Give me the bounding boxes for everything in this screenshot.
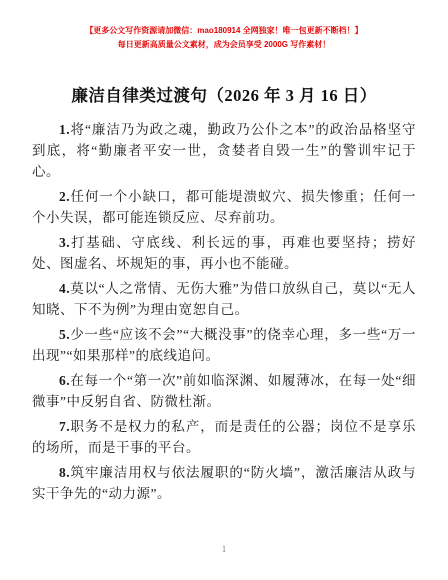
document-body: 1.将“廉洁乃为政之魂，勤政乃公仆之本”的政治品格坚守到底，将“勤廉者平安一世，… [32,119,416,504]
paragraph-number: 6. [59,373,70,388]
body-paragraph: 8.筑牢廉洁用权与依法履职的“防火墙”，激活廉洁从政与实干争先的“动力源”。 [32,462,416,504]
paragraph-text: 将“廉洁乃为政之魂，勤政乃公仆之本”的政治品格坚守到底，将“勤廉者平安一世，贪婪… [32,122,416,179]
paragraph-text: 职务不是权力的私产，而是责任的公器；岗位不是享乐的场所，而是干事的平台。 [32,419,416,455]
body-paragraph: 1.将“廉洁乃为政之魂，勤政乃公仆之本”的政治品格坚守到底，将“勤廉者平安一世，… [32,119,416,182]
paragraph-number: 8. [59,465,70,480]
document-title: 廉洁自律类过渡句（2026 年 3 月 16 日） [16,85,432,107]
body-paragraph: 6.在每一个“第一次”前如临深渊、如履薄冰，在每一处“细微事”中反躬自省、防微杜… [32,370,416,412]
paragraph-text: 在每一个“第一次”前如临深渊、如履薄冰，在每一处“细微事”中反躬自省、防微杜渐。 [32,373,416,409]
paragraph-number: 5. [59,327,70,342]
document-page: 【更多公文写作资源请加微信：mao180914 全网独家！唯一包更新不断档！】 … [0,0,448,580]
paragraph-number: 2. [59,189,70,204]
notice-line-2: 每日更新高质量公文素材，成为会员享受 2000G 写作素材！ [0,38,448,52]
notice-line-1: 【更多公文写作资源请加微信：mao180914 全网独家！唯一包更新不断档！】 [0,24,448,38]
body-paragraph: 5.少一些“应该不会”“大概没事”的侥幸心理，多一些“万一出现”“如果那样”的底… [32,324,416,366]
header-notice: 【更多公文写作资源请加微信：mao180914 全网独家！唯一包更新不断档！】 … [0,24,448,52]
paragraph-text: 少一些“应该不会”“大概没事”的侥幸心理，多一些“万一出现”“如果那样”的底线追… [32,327,416,363]
page-number: 1 [222,544,227,554]
page-footer: 1 [0,544,448,554]
body-paragraph: 4.莫以“人之常情、无伤大雅”为借口放纵自己，莫以“无人知晓、下不为例”为理由宽… [32,278,416,320]
paragraph-number: 1. [59,122,70,137]
body-paragraph: 2.任何一个小缺口，都可能堤溃蚁穴、损失惨重；任何一个小失误，都可能连锁反应、尽… [32,186,416,228]
paragraph-text: 任何一个小缺口，都可能堤溃蚁穴、损失惨重；任何一个小失误，都可能连锁反应、尽弃前… [32,189,416,225]
paragraph-text: 筑牢廉洁用权与依法履职的“防火墙”，激活廉洁从政与实干争先的“动力源”。 [32,465,416,501]
paragraph-text: 打基础、守底线、利长远的事，再难也要坚持；捞好处、图虚名、坏规矩的事，再小也不能… [32,235,416,271]
paragraph-number: 7. [59,419,70,434]
body-paragraph: 3.打基础、守底线、利长远的事，再难也要坚持；捞好处、图虚名、坏规矩的事，再小也… [32,232,416,274]
paragraph-number: 3. [59,235,70,250]
paragraph-text: 莫以“人之常情、无伤大雅”为借口放纵自己，莫以“无人知晓、下不为例”为理由宽恕自… [32,281,416,317]
body-paragraph: 7.职务不是权力的私产，而是责任的公器；岗位不是享乐的场所，而是干事的平台。 [32,416,416,458]
paragraph-number: 4. [59,281,70,296]
